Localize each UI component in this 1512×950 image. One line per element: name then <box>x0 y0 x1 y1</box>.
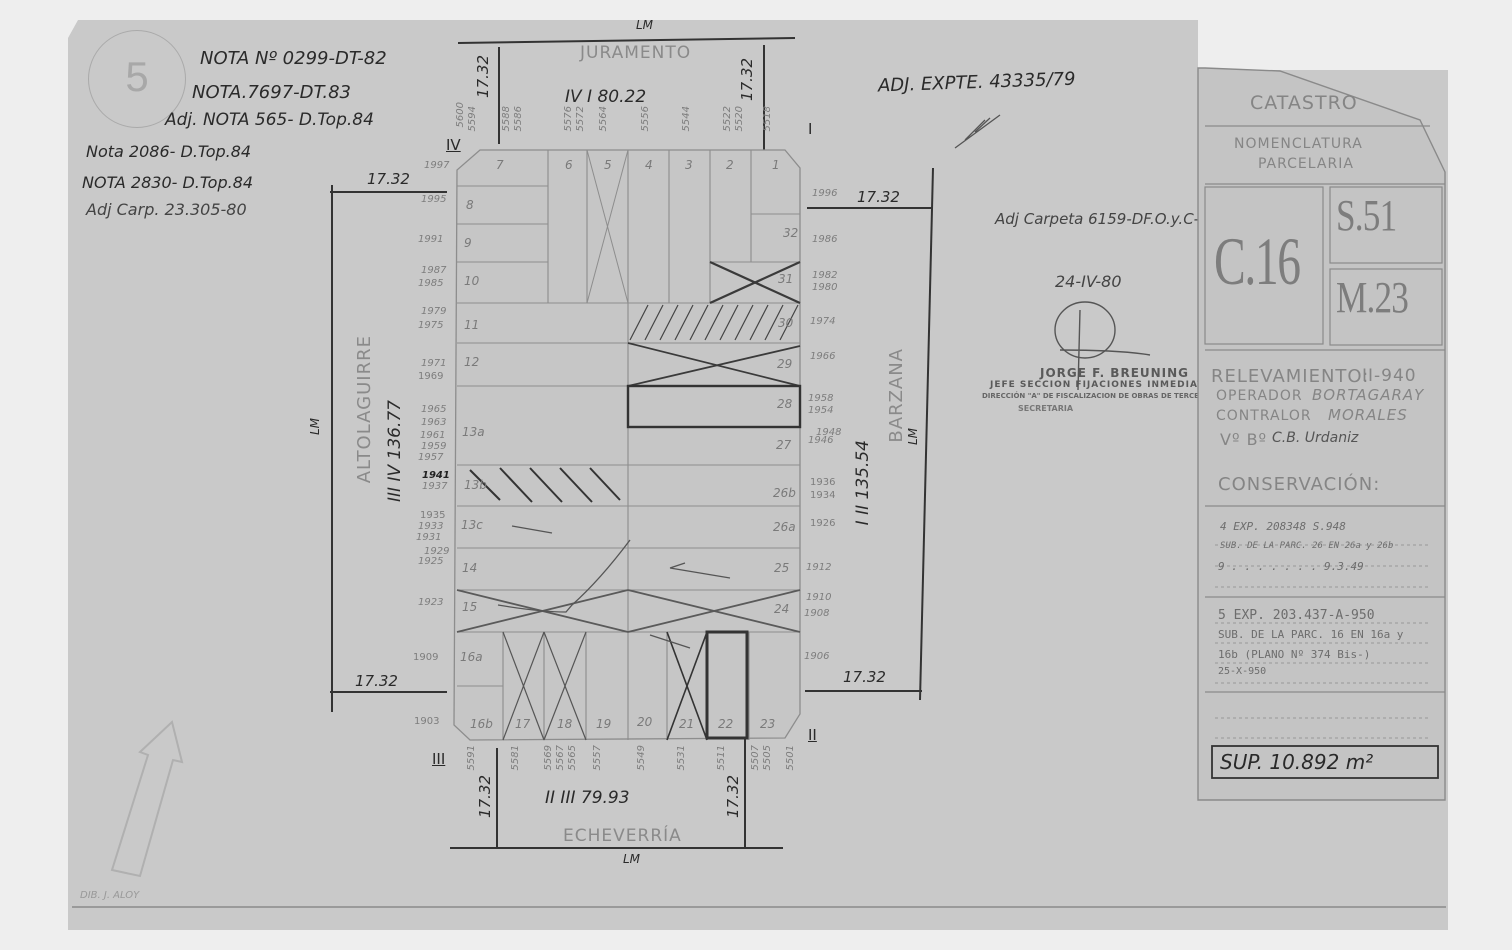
lot-6: 6 <box>565 158 573 172</box>
lot-20: 20 <box>637 715 652 729</box>
chamfer-nw: 17.32 <box>367 170 410 188</box>
door-number: 5591 <box>466 745 477 770</box>
door-number: 5507 <box>750 745 761 770</box>
door-number: 1903 <box>414 716 439 727</box>
chamfer-se: 17.32 <box>843 668 886 686</box>
chamfer-n-right: 17.32 <box>738 58 756 101</box>
lot-16b: 16b <box>470 717 493 731</box>
corner-i: I <box>808 120 812 138</box>
door-number: 5588 <box>501 106 512 131</box>
chamfer-sw: 17.32 <box>355 672 398 690</box>
door-number: 1936 <box>810 477 835 488</box>
relevamiento-label: RELEVAMIENTO: <box>1211 366 1369 387</box>
door-number: 1991 <box>418 234 443 245</box>
lot-3: 3 <box>685 158 693 172</box>
lm-east: LM <box>906 428 920 445</box>
door-number: 5594 <box>467 106 478 131</box>
conservacion-1-line-2: SUB. DE LA PARC. 26 EN 26a y 26b <box>1220 541 1393 551</box>
lot-17: 17 <box>515 717 530 731</box>
door-number: 5520 <box>734 106 745 131</box>
door-number: 1910 <box>806 592 831 603</box>
lot-18: 18 <box>557 717 572 731</box>
seccion: S.51 <box>1336 190 1396 241</box>
lot-16a: 16a <box>460 650 483 664</box>
conservacion-2-line-4: 25-X-950 <box>1218 666 1266 677</box>
signature <box>1055 302 1150 390</box>
door-number: 1997 <box>424 160 449 171</box>
lot-12: 12 <box>464 355 479 369</box>
lot-11: 11 <box>464 318 479 332</box>
door-number: 1908 <box>804 608 829 619</box>
door-number: 1931 <box>416 532 441 543</box>
door-number: 1912 <box>806 562 831 573</box>
door-number: 5581 <box>510 745 521 770</box>
dim-east: I II 135.54 <box>853 440 873 525</box>
lot-9: 9 <box>464 236 472 250</box>
door-number: 1925 <box>418 556 443 567</box>
door-number: 1937 <box>422 481 447 492</box>
door-number: 5567 <box>555 745 566 770</box>
door-number: 1941 <box>422 470 450 481</box>
lot-27: 27 <box>776 438 791 452</box>
lm-south: LM <box>623 852 640 866</box>
lot-4: 4 <box>645 158 653 172</box>
chamfer-s-left: 17.32 <box>476 775 494 818</box>
lm-north: LM <box>636 18 653 32</box>
door-number: 1987 <box>421 265 446 276</box>
lot-2: 2 <box>726 158 734 172</box>
lot-25: 25 <box>774 561 789 575</box>
lot-10: 10 <box>464 274 479 288</box>
lot-5: 5 <box>604 158 612 172</box>
door-number: 1985 <box>418 278 443 289</box>
north-arrow <box>112 722 182 876</box>
dim-south: II III 79.93 <box>545 788 630 808</box>
door-number: 1926 <box>810 518 835 529</box>
chamfer-s-right: 17.32 <box>724 775 742 818</box>
conservacion-1-line-1: 4 EXP. 208348 S.948 <box>1220 520 1346 533</box>
door-number: 1946 <box>808 435 833 446</box>
lot-23: 23 <box>760 717 775 731</box>
superficie-value: SUP. 10.892 m² <box>1220 750 1373 774</box>
chamfer-n-left: 17.32 <box>474 55 492 98</box>
door-number: 5600 <box>455 102 466 127</box>
door-number: 5565 <box>567 745 578 770</box>
door-number: 1986 <box>812 234 837 245</box>
parcelaria-label: PARCELARIA <box>1258 156 1354 172</box>
door-number: 5531 <box>676 745 687 770</box>
dim-north: IV I 80.22 <box>565 87 646 107</box>
relevamiento-value: II-940 <box>1362 366 1417 386</box>
door-number: 1963 <box>421 417 446 428</box>
door-number: 1974 <box>810 316 835 327</box>
door-number: 5586 <box>513 106 524 131</box>
dim-west: III IV 136.77 <box>385 400 405 502</box>
street-west: ALTOLAGUIRRE <box>354 335 375 483</box>
door-number: 5522 <box>722 106 733 131</box>
contralor-value: MORALES <box>1328 406 1408 424</box>
door-number: 5557 <box>592 745 603 770</box>
nomenclatura-label: NOMENCLATURA <box>1234 136 1363 152</box>
door-number: 1933 <box>418 521 443 532</box>
conservacion-2-line-3: 16b (PLANO Nº 374 Bis-) <box>1218 648 1370 661</box>
lot-24: 24 <box>774 602 789 616</box>
door-number: 1980 <box>812 282 837 293</box>
vb-value: C.B. Urdaniz <box>1272 430 1358 446</box>
door-number: 1961 <box>420 430 445 441</box>
door-number: 1934 <box>810 490 835 501</box>
door-number: 5572 <box>575 106 586 131</box>
street-south: ECHEVERRÍA <box>563 826 682 846</box>
door-number: 5505 <box>762 745 773 770</box>
lot-21: 21 <box>679 717 694 731</box>
lot-19: 19 <box>596 717 611 731</box>
lot-13b: 13b <box>464 478 487 492</box>
door-number: 1975 <box>418 320 443 331</box>
door-number: 1935 <box>420 510 445 521</box>
door-number: 5544 <box>681 106 692 131</box>
draftsman-signature: DIB. J. ALOY <box>80 890 139 901</box>
conservacion-2-line-1: 5 EXP. 203.437-A-950 <box>1218 608 1375 623</box>
door-number: 5549 <box>636 745 647 770</box>
chamfer-ne: 17.32 <box>857 188 900 206</box>
lot-22: 22 <box>718 717 733 731</box>
door-number: 1965 <box>421 404 446 415</box>
door-number: 1958 <box>808 393 833 404</box>
corner-ii: II <box>808 726 817 744</box>
lot-26b: 26b <box>773 486 796 500</box>
door-number: 1979 <box>421 306 446 317</box>
door-number: 1909 <box>413 652 438 663</box>
lot-13c: 13c <box>461 518 483 532</box>
conservacion-label: CONSERVACIÓN: <box>1218 474 1380 495</box>
door-number: 1954 <box>808 405 833 416</box>
street-east: BARZANA <box>886 348 907 443</box>
door-number: 1982 <box>812 270 837 281</box>
lot-1: 1 <box>772 158 780 172</box>
door-number: 5564 <box>598 106 609 131</box>
door-number: 1995 <box>421 194 446 205</box>
lot-7: 7 <box>496 158 504 172</box>
door-number: 5511 <box>716 745 727 770</box>
lot-30: 30 <box>778 316 793 330</box>
catastro-header: CATASTRO <box>1250 92 1358 114</box>
manzana: M.23 <box>1336 272 1408 323</box>
lot-31: 31 <box>778 272 793 286</box>
conservacion-1-line-3: 9 . . . . . . . 9.3.49 <box>1218 560 1364 573</box>
lot-13a: 13a <box>462 425 485 439</box>
lot-14: 14 <box>462 561 477 575</box>
lot-28: 28 <box>777 397 792 411</box>
door-number: 1906 <box>804 651 829 662</box>
operador-value: BORTAGARAY <box>1312 386 1424 404</box>
street-north: JURAMENTO <box>580 43 691 63</box>
circunscripcion: C.16 <box>1214 222 1300 301</box>
door-number: 1923 <box>418 597 443 608</box>
conservacion-2-line-2: SUB. DE LA PARC. 16 EN 16a y <box>1218 628 1403 641</box>
door-number: 1971 <box>421 358 446 369</box>
lot-26a: 26a <box>773 520 796 534</box>
door-number: 1966 <box>810 351 835 362</box>
door-number: 5501 <box>785 745 796 770</box>
door-number: 5569 <box>543 745 554 770</box>
lm-west: LM <box>308 418 322 435</box>
door-number: 5556 <box>640 106 651 131</box>
door-number: 1996 <box>812 188 837 199</box>
lot-8: 8 <box>466 198 474 212</box>
door-number: 5518 <box>762 106 773 131</box>
lot-32: 32 <box>783 226 798 240</box>
contralor-label: CONTRALOR <box>1216 408 1312 424</box>
corner-iii: III <box>432 750 445 768</box>
door-number: 5576 <box>563 106 574 131</box>
corner-iv: IV <box>446 136 461 154</box>
lot-15: 15 <box>462 600 477 614</box>
door-number: 1969 <box>418 371 443 382</box>
door-number: 1957 <box>418 452 443 463</box>
door-number: 1959 <box>421 441 446 452</box>
vb-label: Vº Bº <box>1220 430 1267 449</box>
lot-29: 29 <box>777 357 792 371</box>
operador-label: OPERADOR <box>1216 388 1303 404</box>
